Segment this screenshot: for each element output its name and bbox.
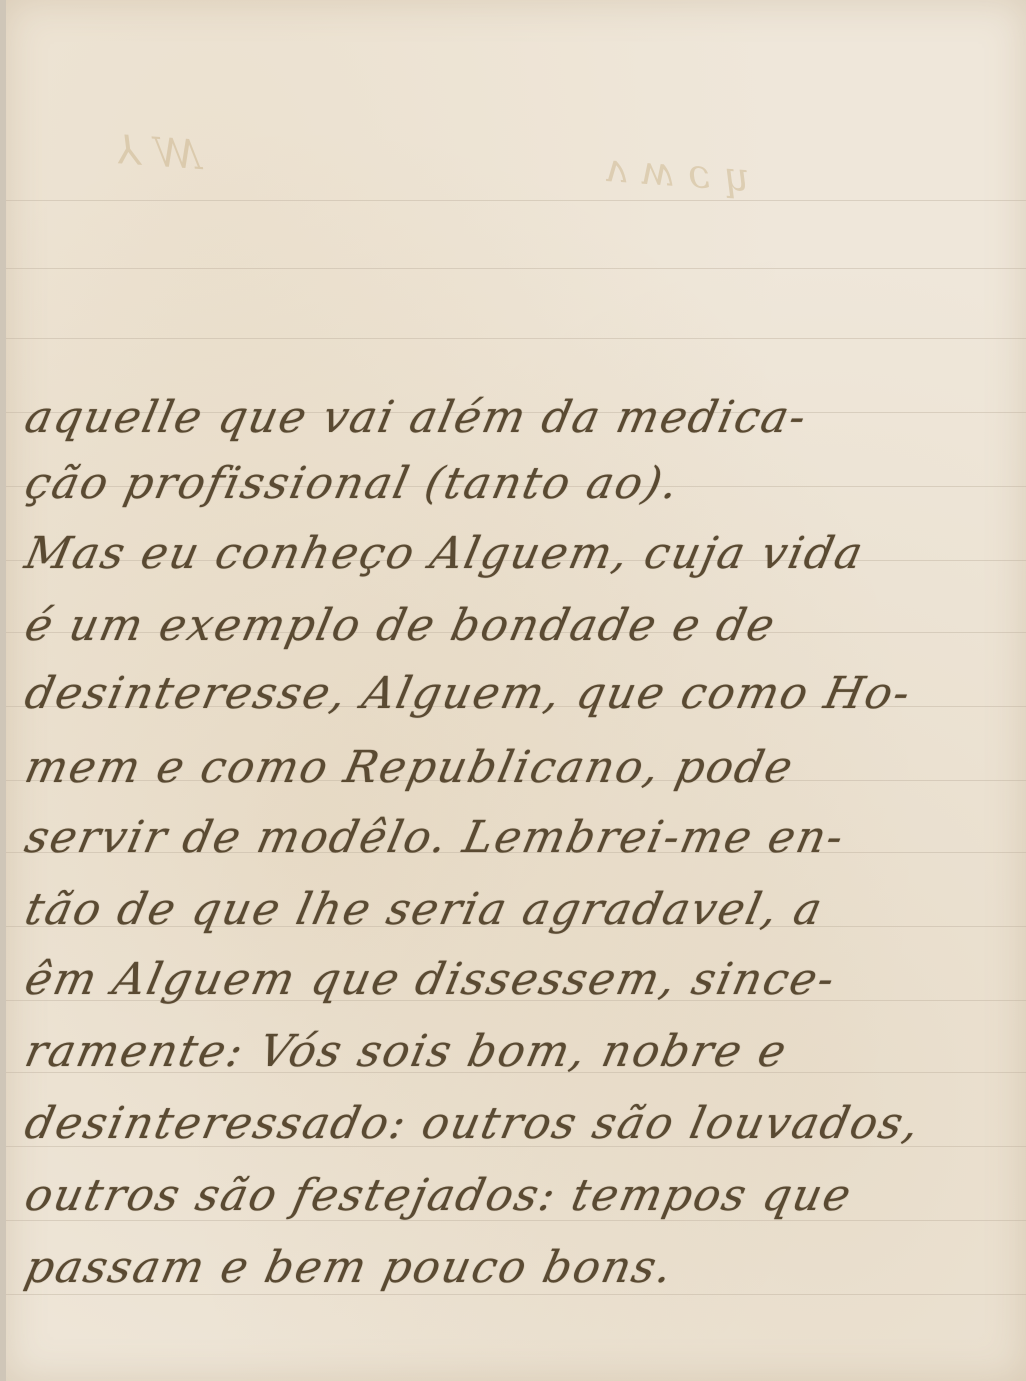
handwritten-line: servir de modêlo. Lembrei-me en-	[21, 812, 1026, 863]
rule-line	[6, 200, 1026, 201]
handwritten-line: passam e bem pouco bons.	[21, 1242, 1026, 1293]
handwritten-line: aquelle que vai além da medica-	[21, 392, 1026, 443]
handwritten-line: ção profissional (tanto ao).	[21, 458, 1026, 509]
handwritten-line: êm Alguem que dissessem, since-	[21, 954, 1026, 1005]
ink-bleed-through: ɥ ɔ ʍ ʌ	[605, 145, 751, 201]
rule-line	[6, 1294, 1026, 1295]
ink-bleed-through: ꟿ ⅄	[114, 127, 202, 179]
handwritten-line: ramente: Vós sois bom, nobre e	[21, 1026, 1026, 1077]
rule-line	[6, 268, 1026, 269]
handwritten-line: é um exemplo de bondade e de	[21, 600, 1026, 651]
letter-page: ꟿ ⅄ ɥ ɔ ʍ ʌ aquelle que vai além da medi…	[6, 0, 1026, 1381]
handwritten-line: desinteressado: outros são louvados,	[21, 1098, 1026, 1149]
handwritten-line: tão de que lhe seria agradavel, a	[21, 884, 1026, 935]
handwritten-line: desinteresse, Alguem, que como Ho-	[21, 668, 1026, 719]
handwritten-line: outros são festejados: tempos que	[21, 1170, 1026, 1221]
handwritten-line: Mas eu conheço Alguem, cuja vida	[21, 528, 1026, 579]
rule-line	[6, 338, 1026, 339]
handwritten-line: mem e como Republicano, pode	[21, 742, 1026, 793]
